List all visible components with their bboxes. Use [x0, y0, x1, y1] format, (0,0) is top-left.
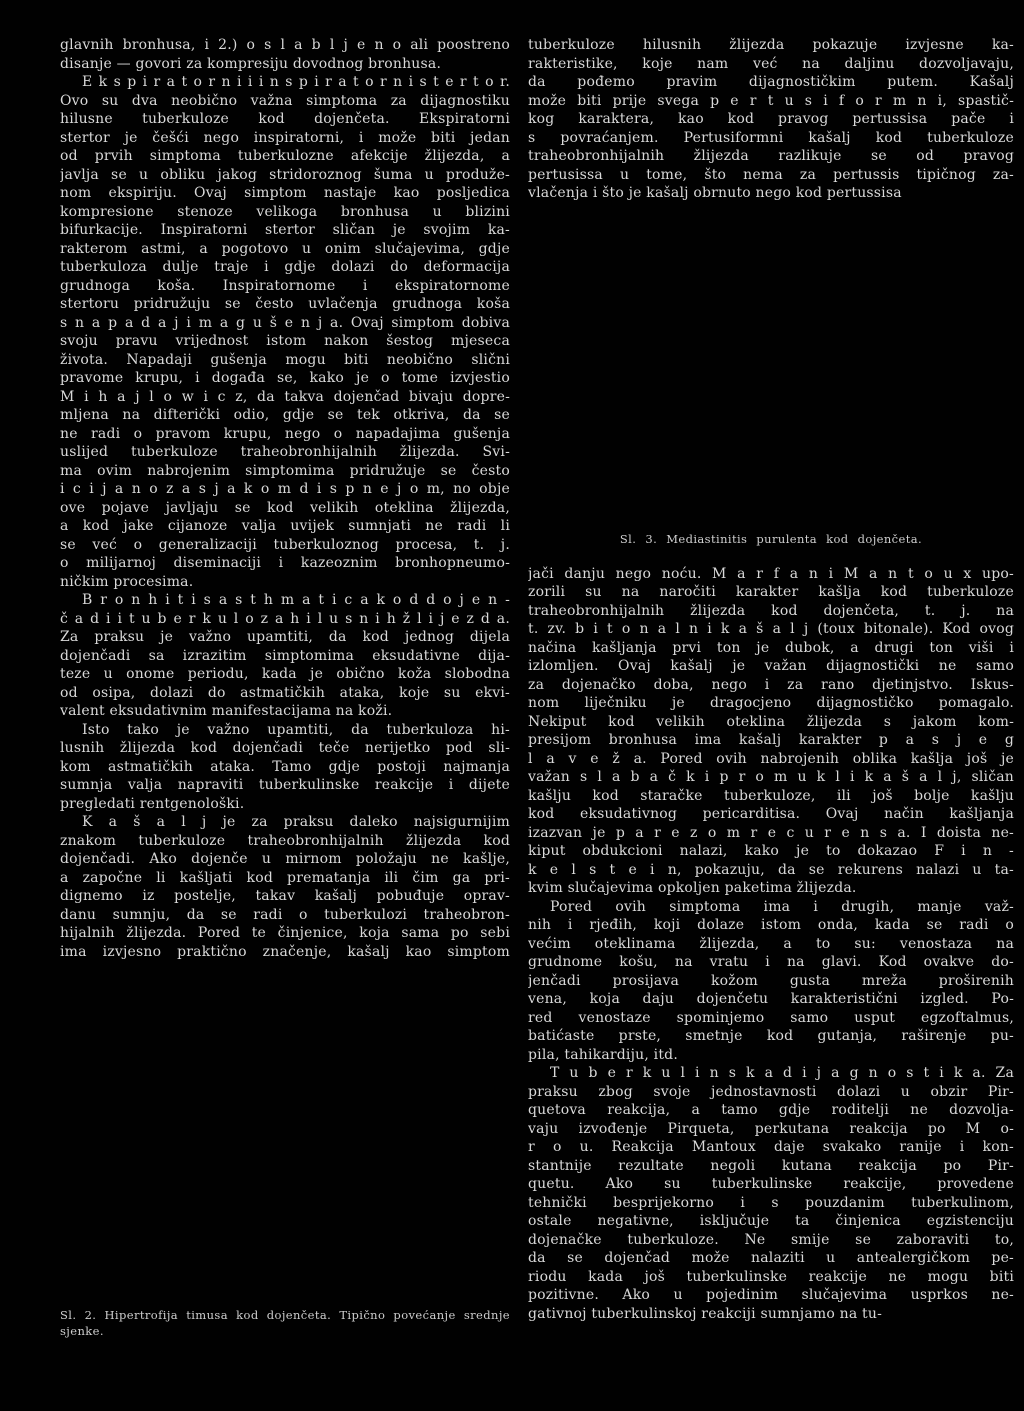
text-line: kvim slučajevima opkoljen paketima žlije… — [528, 879, 1014, 898]
text-line: danu sumnju, da se radi o tuberkulozi tr… — [60, 906, 510, 925]
text-line: Za praksu je važno upamtiti, da kod jedn… — [60, 628, 510, 647]
text-line: se već o generalizaciji tuberkuloznog pr… — [60, 536, 510, 555]
text-line: i c i j a n o z a s j a k o m d i s p n … — [60, 480, 510, 499]
text-line: grudnome košu, na vratu i na glavi. Kod … — [528, 953, 1014, 972]
text-line: nom liječniku je dragocjeno dijagnostičk… — [528, 694, 1014, 713]
text-line: č a d i i t u b e r k u l o z a h i l u … — [60, 610, 510, 629]
text-line: pila, tahikardiju, itd. — [528, 1046, 1014, 1065]
text-line: s n a p a d a j i m a g u š e n j a. Ova… — [60, 314, 510, 333]
text-line: quetu. Ako su tuberkulinske reakcije, pr… — [528, 1175, 1014, 1194]
text-line: kog karaktera, kao kod pravog pertussisa… — [528, 110, 1014, 129]
text-line: jači danju nego noću. M a r f a n i M a … — [528, 565, 1014, 584]
text-line: traheobronhijalnih žlijezda razlikuje se… — [528, 147, 1014, 166]
text-line: hijalnih žlijezda. Pored te činjenice, k… — [60, 924, 510, 943]
text-line: dojenačke tuberkuloze. Ne smije se zabor… — [528, 1231, 1014, 1250]
right-column: tuberkuloze hilusnih žlijezda pokazuje i… — [528, 36, 1014, 1323]
text-line: gativnoj tuberkulinskoj reakciji sumnjam… — [528, 1305, 1014, 1324]
text-line: batićaste prste, smetnje kod gutanja, ra… — [528, 1027, 1014, 1046]
text-line: ima izvjesno praktično značenje, kašalj … — [60, 943, 510, 962]
text-line: da pođemo pravim dijagnostičkim putem. K… — [528, 73, 1014, 92]
text-line: M i h a j l o w i c z, da takva dojenčad… — [60, 388, 510, 407]
figure-3-caption: Sl. 3. Mediastinitis purulenta kod dojen… — [528, 531, 1014, 547]
text-line: kiput obdukcioni nalazi, kako je to doka… — [528, 842, 1014, 861]
text-line: grudnoga koša. Inspiratornome i ekspirat… — [60, 277, 510, 296]
text-line: za dojenačko doba, nego i za rano djetin… — [528, 676, 1014, 695]
text-line: s povraćanjem. Pertusiformni kašalj kod … — [528, 129, 1014, 148]
right-text-block-top: tuberkuloze hilusnih žlijezda pokazuje i… — [528, 36, 1014, 203]
text-line: Pored ovih simptoma ima i drugih, manje … — [528, 898, 1014, 917]
text-line: rakterom astmi, a pogotovo u onim slučaj… — [60, 240, 510, 259]
text-line: vena, koja daju dojenčetu karakterističn… — [528, 990, 1014, 1009]
text-line: Ovo su dva neobično važna simptoma za di… — [60, 92, 510, 111]
text-line: dojenčadi sa izrazitim simptomima eksuda… — [60, 647, 510, 666]
text-line: da se dojenčad može nalaziti u antealerg… — [528, 1249, 1014, 1268]
text-line: sumnja valja napraviti tuberkulinske rea… — [60, 776, 510, 795]
text-line: kašlju kod staračke tuberkuloze, ili još… — [528, 787, 1014, 806]
left-text-block: glavnih bronhusa, i 2.) o s l a b l j e … — [60, 36, 510, 961]
text-line: pertusissa u tome, što nema za pertussis… — [528, 166, 1014, 185]
text-line: hilusne tuberkuloze kod dojenčeta. Ekspi… — [60, 110, 510, 129]
text-line: tuberkuloza dulje traje i gdje dolazi do… — [60, 258, 510, 277]
text-line: a kod jake cijanoze valja uvijek sumnjat… — [60, 517, 510, 536]
text-line: pozitivne. Ako u pojedinim slučajevima u… — [528, 1286, 1014, 1305]
text-line: l a v e ž a. Pored ovih nabrojenih oblik… — [528, 750, 1014, 769]
figure-2-image — [60, 961, 510, 1307]
text-line: kompresione stenoze velikoga bronhusa u … — [60, 203, 510, 222]
text-line: o milijarnoj diseminaciji i kazeoznim br… — [60, 554, 510, 573]
text-line: od osipa, dolazi do astmatičkih ataka, k… — [60, 684, 510, 703]
text-line: većim oteklinama žlijezda, a to su: veno… — [528, 935, 1014, 954]
text-line: k e l s t e i n, pokazuju, da se rekuren… — [528, 861, 1014, 880]
text-line: nih i rjeđih, koji dolaze istom onda, ka… — [528, 916, 1014, 935]
text-line: zorili su na naročiti karakter kašlja ko… — [528, 583, 1014, 602]
text-line: E k s p i r a t o r n i i i n s p i r a … — [60, 73, 510, 92]
text-line: glavnih bronhusa, i 2.) o s l a b l j e … — [60, 36, 510, 55]
text-line: B r o n h i t i s a s t h m a t i c a k … — [60, 591, 510, 610]
left-column: glavnih bronhusa, i 2.) o s l a b l j e … — [60, 36, 510, 1339]
text-line: načina kašljanja prvi ton je dubok, a dr… — [528, 639, 1014, 658]
text-line: nom ekspiriju. Ovaj simptom nastaje kao … — [60, 184, 510, 203]
figure-2-caption: Sl. 2. Hipertrofija timusa kod dojenčeta… — [60, 1307, 510, 1339]
text-line: t. zv. b i t o n a l n i k a š a l j (to… — [528, 620, 1014, 639]
scanned-page: glavnih bronhusa, i 2.) o s l a b l j e … — [0, 0, 1024, 1411]
text-line: riodu kada još tuberkulinske reakcije ne… — [528, 1268, 1014, 1287]
text-line: Isto tako je važno upamtiti, da tuberkul… — [60, 721, 510, 740]
text-line: ma ovim nabrojenim simptomima pridružuje… — [60, 462, 510, 481]
text-line: lusnih žlijezda kod dojenčadi teče nerij… — [60, 739, 510, 758]
text-line: dojenčadi. Ako dojenče u mirnom položaju… — [60, 850, 510, 869]
text-line: izlomljen. Ovaj kašalj je važan dijagnos… — [528, 657, 1014, 676]
right-text-block-bottom: jači danju nego noću. M a r f a n i M a … — [528, 565, 1014, 1324]
text-line: presijom bronhusa ima kašalj karakter p … — [528, 731, 1014, 750]
text-line: kom astmatičkih ataka. Tamo gdje postoji… — [60, 758, 510, 777]
text-line: od prvih simptoma tuberkulozne afekcije … — [60, 147, 510, 166]
text-line: pravome krupu, i događa se, kako je o to… — [60, 369, 510, 388]
text-line: vaju izvođenje Pirqueta, perkutana reakc… — [528, 1120, 1014, 1139]
text-line: teze u onome periodu, kada je obično kož… — [60, 665, 510, 684]
text-line: valent eksudativnim manifestacijama na k… — [60, 702, 510, 721]
text-line: K a š a l j je za praksu daleko najsigur… — [60, 813, 510, 832]
text-line: bifurkacije. Inspiratorni stertor sličan… — [60, 221, 510, 240]
text-line: a započne li kašljati kod prematanja ili… — [60, 869, 510, 888]
text-line: može biti prije svega p e r t u s i f o … — [528, 92, 1014, 111]
text-line: praksu zbog svoje jednostavnosti dolazi … — [528, 1083, 1014, 1102]
text-line: jenčadi prosijava kožom gusta mreža proš… — [528, 972, 1014, 991]
text-line: red venostaze spominjemo samo usput egzo… — [528, 1009, 1014, 1028]
text-line: quetova reakcija, a tamo gdje roditelji … — [528, 1101, 1014, 1120]
text-line: Nekiput kod velikih oteklina žlijezda s … — [528, 713, 1014, 732]
text-line: disanje — govori za kompresiju dovodnog … — [60, 55, 510, 74]
text-line: uslijed tuberkuloze traheobronhijalnih ž… — [60, 443, 510, 462]
text-line: r o u. Reakcija Mantoux daje svakako ran… — [528, 1138, 1014, 1157]
text-line: tehnički besprijekorno i s pouzdanim tub… — [528, 1194, 1014, 1213]
text-line: znakom tuberkuloze traheobronhijalnih žl… — [60, 832, 510, 851]
text-line: stantnije rezultate negoli kutana reakci… — [528, 1157, 1014, 1176]
figure-3-image — [528, 203, 1014, 531]
text-line: života. Napadaji gušenja mogu biti neobi… — [60, 351, 510, 370]
text-line: stertoru pridružuju se često uvlačenja g… — [60, 295, 510, 314]
text-line: rakteristike, koje nam već na daljinu do… — [528, 55, 1014, 74]
text-line: ničkim procesima. — [60, 573, 510, 592]
text-line: dignemo iz postelje, takav kašalj pobuđu… — [60, 887, 510, 906]
text-line: javlja se u obliku jakog stridoroznog šu… — [60, 166, 510, 185]
text-line: T u b e r k u l i n s k a d i j a g n o … — [528, 1064, 1014, 1083]
text-line: vlačenja i što je kašalj obrnuto nego ko… — [528, 184, 1014, 203]
text-line: traheobronhijalnih žlijezda kod dojenčet… — [528, 602, 1014, 621]
text-line: kod eksudativnog pericarditisa. Ovaj nač… — [528, 805, 1014, 824]
text-line: tuberkuloze hilusnih žlijezda pokazuje i… — [528, 36, 1014, 55]
text-line: pregledati rentgenološki. — [60, 795, 510, 814]
text-line: ove pojave javljaju se kod velikih otekl… — [60, 499, 510, 518]
text-line: izazvan je p a r e z o m r e c u r e n s… — [528, 824, 1014, 843]
text-line: mljena na difterički odio, gdje se tek o… — [60, 406, 510, 425]
text-line: stertor je češći nego inspiratorni, i mo… — [60, 129, 510, 148]
text-line: ne radi o pravom krupu, nego o napadajim… — [60, 425, 510, 444]
text-line: ostale negativne, isključuje ta činjenic… — [528, 1212, 1014, 1231]
text-line: svoju pravu vrijednost istom nakon šesto… — [60, 332, 510, 351]
text-line: važan s l a b a č k i p r o m u k l i k … — [528, 768, 1014, 787]
